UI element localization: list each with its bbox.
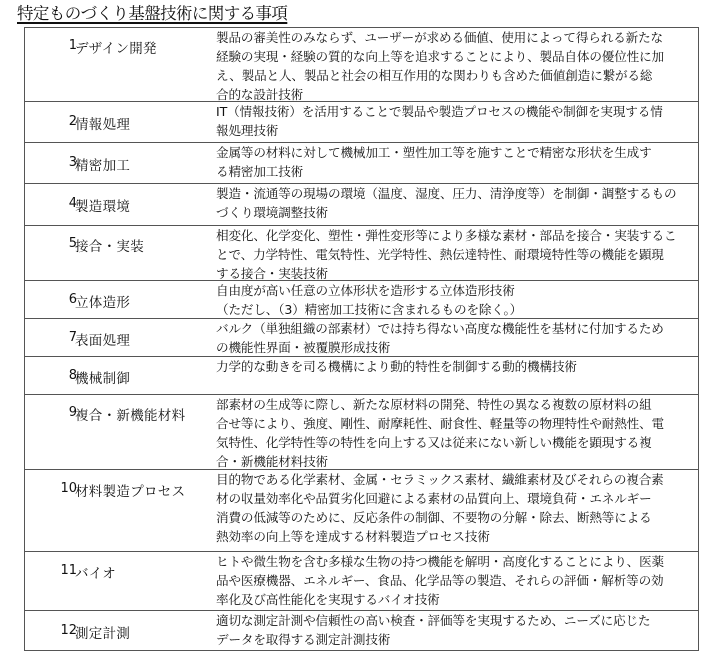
table-row: 5接合・実装相変化、化学変化、塑性・弾性変形等により多様な素材・部品を接合・実装…	[25, 225, 698, 280]
description-line: 製造・流通等の現場の環境（温度、湿度、圧力、清浄度等）を制御・調整するもの	[216, 184, 696, 203]
description-line: 熱効率の向上等を達成する材料製造プロセス技術	[216, 527, 696, 546]
description-line: データを取得する測定計測技術	[216, 630, 696, 649]
table-row: 2情報処理IT（情報技術）を活用することで製品や製造プロセスの機能や制御を実現す…	[25, 101, 698, 142]
description-line: 率化及び高性能化を実現するバイオ技術	[216, 590, 696, 609]
technology-name: 複合・新機能材料	[75, 404, 185, 424]
technology-name: 機械制御	[75, 367, 130, 387]
description-line: 相変化、化学変化、塑性・弾性変形等により多様な素材・部品を接合・実装するこ	[216, 226, 696, 245]
technology-name: 接合・実装	[75, 235, 144, 255]
technology-name: バイオ	[75, 562, 116, 582]
description-line: 合せ等により、強度、剛性、耐摩耗性、耐食性、軽量等の物理特性や耐熱性、電	[216, 414, 696, 433]
table-row: 7表面処理バルク（単独組織の部素材）では持ち得ない高度な機能性を基材に付加するた…	[25, 318, 698, 356]
technology-description: 製造・流通等の現場の環境（温度、湿度、圧力、清浄度等）を制御・調整するものづくり…	[216, 184, 696, 222]
table-row: 9複合・新機能材料部素材の生成等に際し、新たな原材料の開発、特性の異なる複数の原…	[25, 394, 698, 469]
description-line: 力学的な動きを司る機構により動的特性を制御する動的機構技術	[216, 357, 696, 376]
description-line: 消費の低減等のために、反応条件の制御、不要物の分解・除去、断熱等による	[216, 508, 696, 527]
technology-description: バルク（単独組織の部素材）では持ち得ない高度な機能性を基材に付加するための機能性…	[216, 319, 696, 357]
description-line: の機能性界面・被覆膜形成技術	[216, 338, 696, 357]
technology-name: 材料製造プロセス	[75, 480, 185, 500]
technology-description: 適切な測定計測や信頼性の高い検査・評価等を実現するため、ニーズに応じたデータを取…	[216, 611, 696, 649]
technology-name: 表面処理	[75, 329, 130, 349]
table-row: 3精密加工金属等の材料に対して機械加工・塑性加工等を施すことで精密な形状を生成す…	[25, 142, 698, 183]
description-line: 品や医療機器、エネルギー、食品、化学品等の製造、それらの評価・解析等の効	[216, 571, 696, 590]
description-line: 気特性、化学特性等の特性を向上する又は従来にない新しい機能を顕現する複	[216, 433, 696, 452]
technology-description: IT（情報技術）を活用することで製品や製造プロセスの機能や制御を実現する情報処理…	[216, 102, 696, 140]
description-line: とで、力学特性、電気特性、光学特性、熱伝達特性、耐環境特性等の機能を顕現	[216, 245, 696, 264]
description-line: IT（情報技術）を活用することで製品や製造プロセスの機能や制御を実現する情	[216, 102, 696, 121]
description-line: バルク（単独組織の部素材）では持ち得ない高度な機能性を基材に付加するため	[216, 319, 696, 338]
description-line: る精密加工技術	[216, 162, 696, 181]
description-line: え、製品と人、製品と社会の相互作用的な関わりも含めた価値創造に繋がる総	[216, 66, 696, 85]
technology-name: 測定計測	[75, 622, 130, 642]
technology-description: 金属等の材料に対して機械加工・塑性加工等を施すことで精密な形状を生成する精密加工…	[216, 143, 696, 181]
table-row: 4製造環境製造・流通等の現場の環境（温度、湿度、圧力、清浄度等）を制御・調整する…	[25, 183, 698, 225]
description-line: （ただし、（3）精密加工技術に含まれるものを除く。）	[216, 300, 696, 319]
technology-description: ヒトや微生物を含む多様な生物の持つ機能を解明・高度化することにより、医薬品や医療…	[216, 552, 696, 609]
technology-description: 自由度が高い任意の立体形状を造形する立体造形技術（ただし、（3）精密加工技術に含…	[216, 281, 696, 319]
table-row: 12測定計測適切な測定計測や信頼性の高い検査・評価等を実現するため、ニーズに応じ…	[25, 610, 698, 650]
description-line: ヒトや微生物を含む多様な生物の持つ機能を解明・高度化することにより、医薬	[216, 552, 696, 571]
table-row: 6立体造形自由度が高い任意の立体形状を造形する立体造形技術（ただし、（3）精密加…	[25, 280, 698, 318]
technology-description: 部素材の生成等に際し、新たな原材料の開発、特性の異なる複数の原材料の組合せ等によ…	[216, 395, 696, 471]
technology-name: 精密加工	[75, 154, 130, 174]
technology-description: 力学的な動きを司る機構により動的特性を制御する動的機構技術	[216, 357, 696, 376]
description-line: 報処理技術	[216, 121, 696, 140]
technology-description: 目的物である化学素材、金属・セラミックス素材、繊維素材及びそれらの複合素材の収量…	[216, 470, 696, 546]
technology-description: 相変化、化学変化、塑性・弾性変形等により多様な素材・部品を接合・実装することで、…	[216, 226, 696, 283]
description-line: づくり環境調整技術	[216, 203, 696, 222]
table-row: 10材料製造プロセス目的物である化学素材、金属・セラミックス素材、繊維素材及びそ…	[25, 469, 698, 551]
description-line: 経験の実現・経験の質的な向上等を追求することにより、製品自体の優位性に加	[216, 47, 696, 66]
description-line: 金属等の材料に対して機械加工・塑性加工等を施すことで精密な形状を生成す	[216, 143, 696, 162]
technology-name: 情報処理	[75, 113, 130, 133]
technology-name: デザイン開発	[75, 37, 157, 57]
technology-name: 製造環境	[75, 195, 130, 215]
description-line: 自由度が高い任意の立体形状を造形する立体造形技術	[216, 281, 696, 300]
table-row: 1デザイン開発製品の審美性のみならず、ユーザーが求める価値、使用によって得られる…	[25, 28, 698, 101]
description-line: 適切な測定計測や信頼性の高い検査・評価等を実現するため、ニーズに応じた	[216, 611, 696, 630]
description-line: 部素材の生成等に際し、新たな原材料の開発、特性の異なる複数の原材料の組	[216, 395, 696, 414]
page-title: 特定ものづくり基盤技術に関する事項	[17, 3, 287, 25]
description-line: 目的物である化学素材、金属・セラミックス素材、繊維素材及びそれらの複合素	[216, 470, 696, 489]
description-line: 製品の審美性のみならず、ユーザーが求める価値、使用によって得られる新たな	[216, 28, 696, 47]
table-row: 8機械制御力学的な動きを司る機構により動的特性を制御する動的機構技術	[25, 356, 698, 394]
technology-table: 1デザイン開発製品の審美性のみならず、ユーザーが求める価値、使用によって得られる…	[24, 27, 699, 651]
description-line: 材の収量効率化や品質劣化回避による素材の品質向上、環境負荷・エネルギー	[216, 489, 696, 508]
technology-description: 製品の審美性のみならず、ユーザーが求める価値、使用によって得られる新たな経験の実…	[216, 28, 696, 104]
table-row: 11バイオヒトや微生物を含む多様な生物の持つ機能を解明・高度化することにより、医…	[25, 551, 698, 610]
technology-name: 立体造形	[75, 291, 130, 311]
